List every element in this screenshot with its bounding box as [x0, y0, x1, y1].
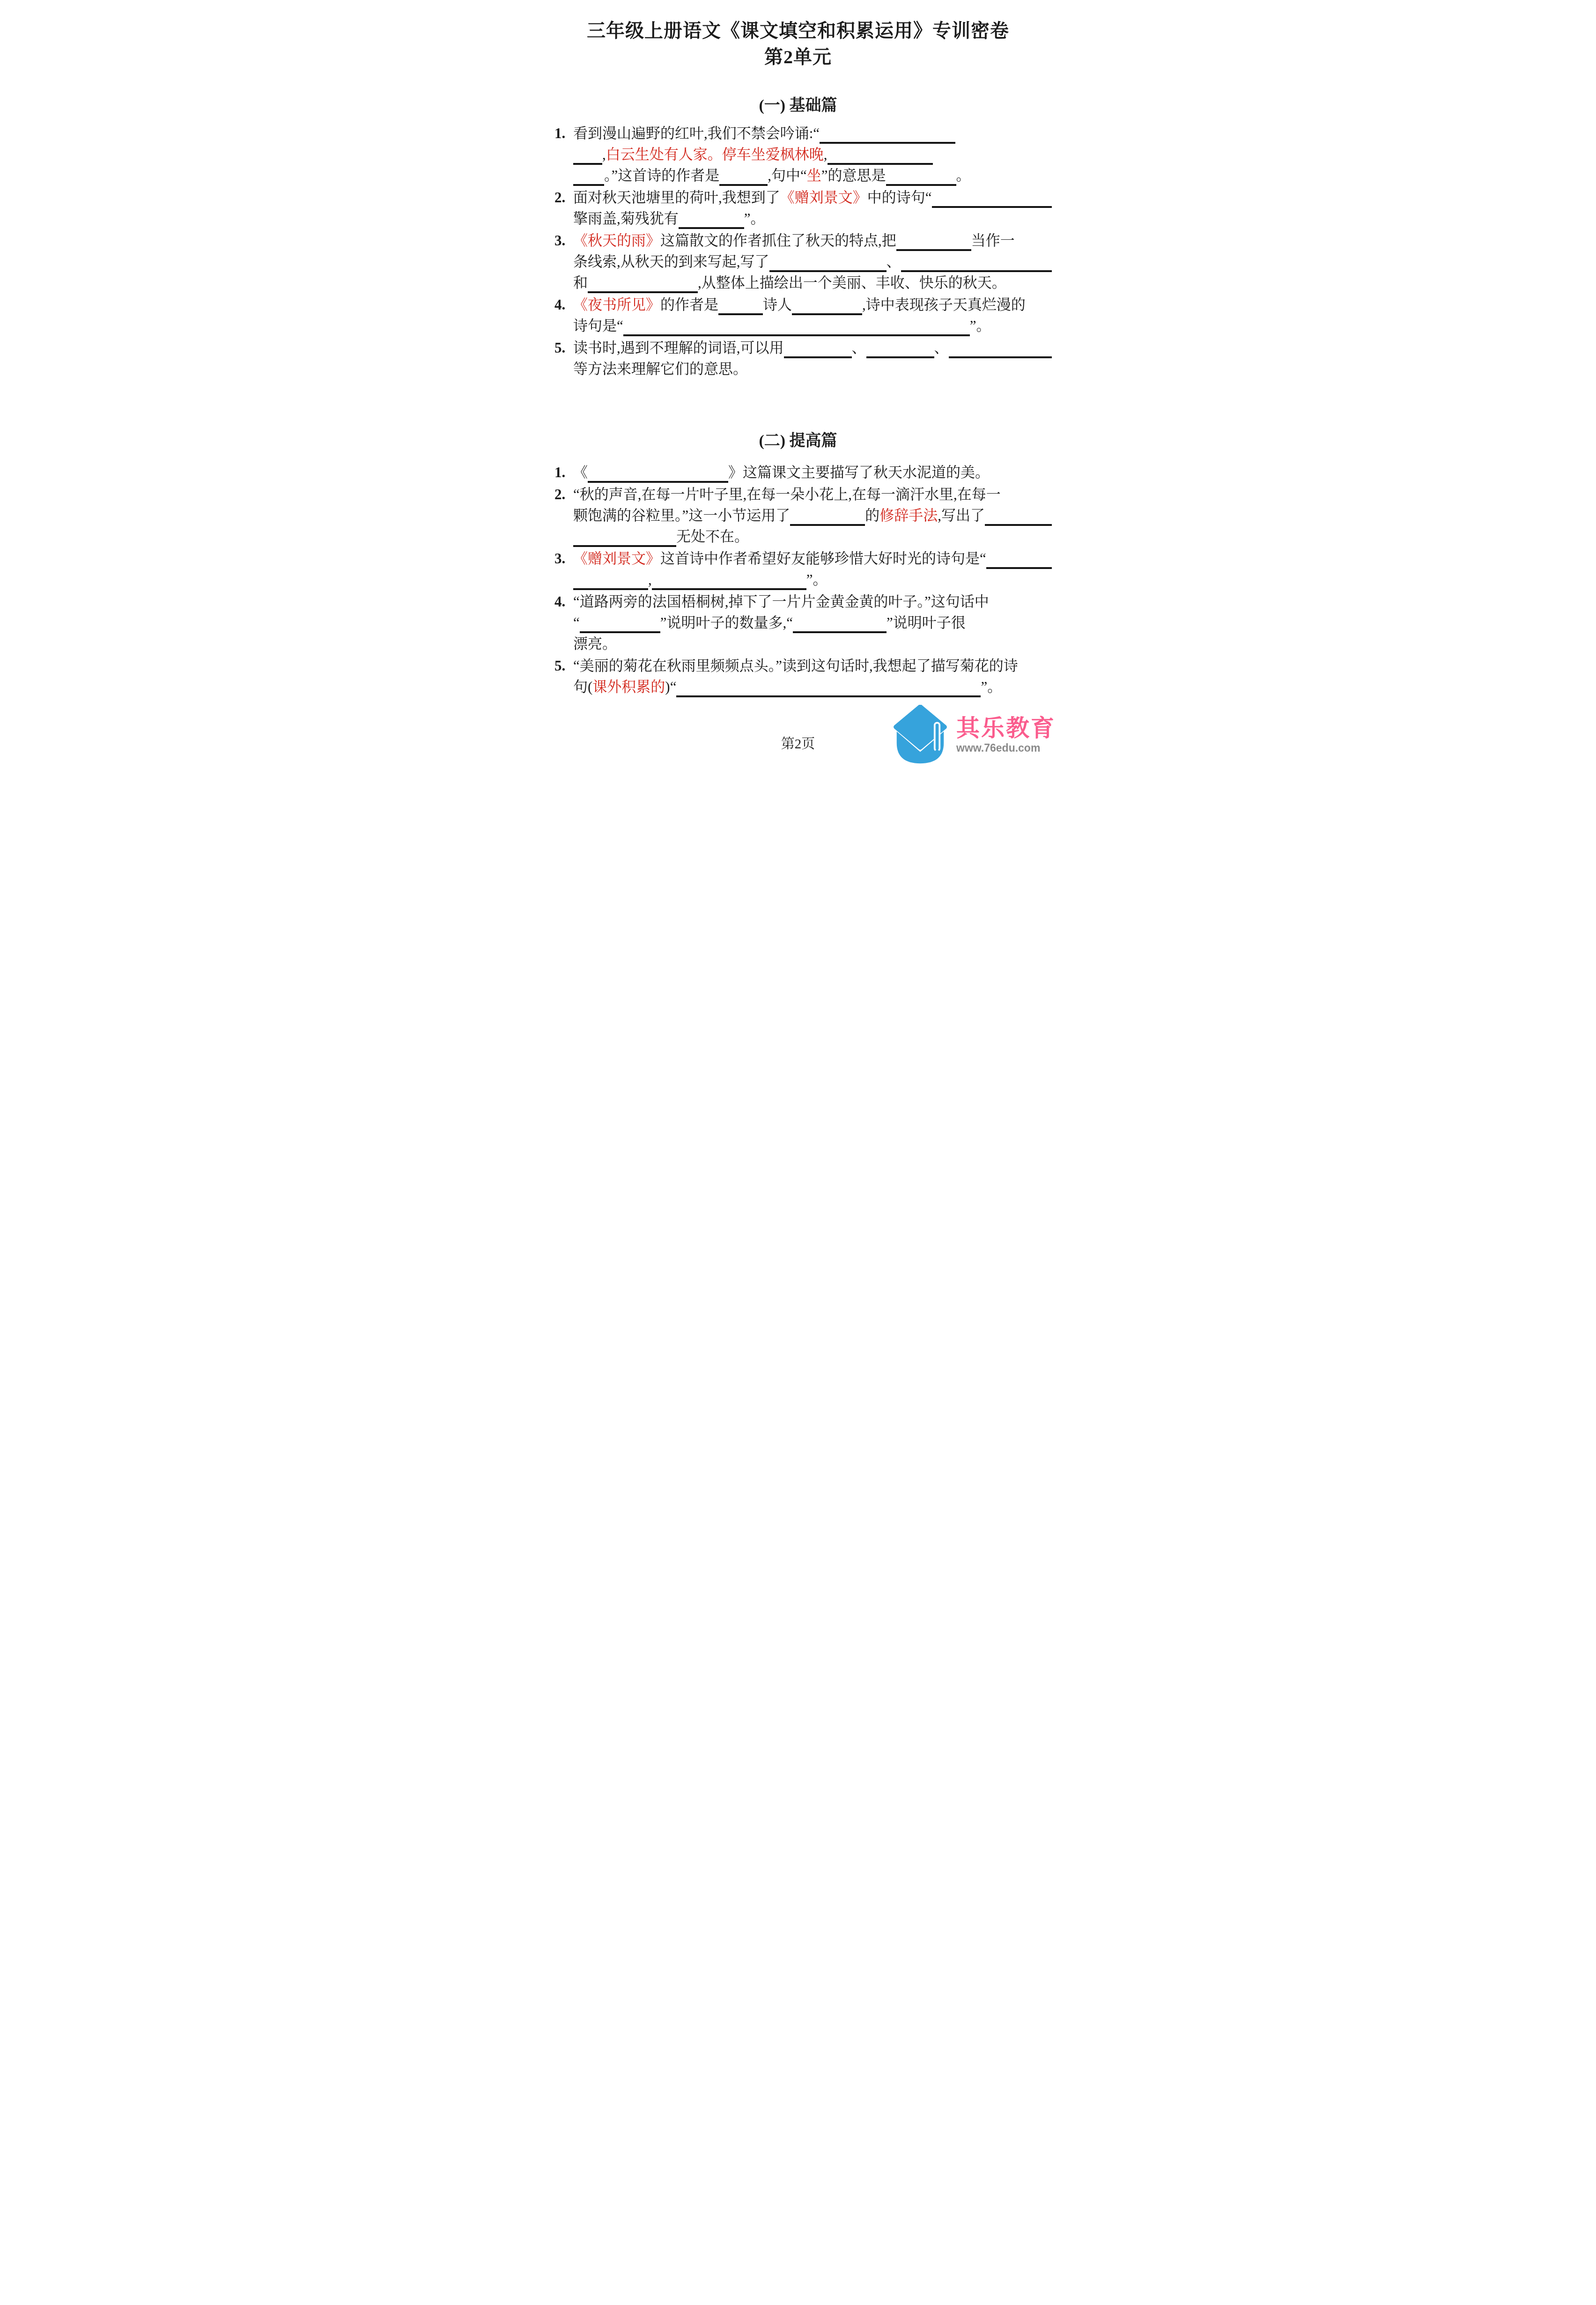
text-segment: 的作者是 [660, 294, 718, 315]
text-segment: 、 [887, 251, 901, 272]
question: 2.“秋的声音,在每一片叶子里,在每一朵小花上,在每一滴汗水里,在每一颗饱满的谷… [554, 484, 1052, 547]
text-segment: 颗饱满的谷粒里。”这一小节运用了 [573, 505, 790, 526]
text-segment: 的 [865, 505, 879, 526]
red-text-segment: 《赠刘景文》 [573, 548, 660, 569]
text-segment: “ [573, 612, 580, 633]
red-text-segment: 《赠刘景文》 [780, 187, 867, 208]
text-segment: )“ [665, 676, 676, 697]
text-segment: ”。 [981, 676, 1002, 697]
red-text-segment: 《秋天的雨》 [573, 230, 660, 251]
question-number: 5. [554, 337, 565, 358]
fill-in-blank [793, 615, 887, 633]
fill-in-blank [652, 572, 806, 590]
text-segment: 诗人 [763, 294, 792, 315]
question: 4.《夜书所见》的作者是诗人,诗中表现孩子天真烂漫的诗句是“”。 [554, 294, 1052, 336]
question-line: “”说明叶子的数量多,“”说明叶子很 [573, 612, 1052, 633]
fill-in-blank [573, 168, 604, 186]
question-number: 4. [554, 294, 565, 315]
text-segment: ,诗中表现孩子天真烂漫的 [862, 294, 1026, 315]
fill-in-blank [588, 465, 728, 483]
text-segment: ,写出了 [938, 505, 985, 526]
text-segment: 读书时,遇到不理解的词语,可以用 [573, 337, 784, 358]
fill-in-blank [986, 551, 1052, 569]
question-line: “道路两旁的法国梧桐树,掉下了一片片金黄金黄的叶子。”这句话中 [573, 591, 1052, 612]
text-segment: 当作一 [971, 230, 1015, 251]
question-line: 《夜书所见》的作者是诗人,诗中表现孩子天真烂漫的 [573, 294, 1052, 315]
question-number: 3. [554, 548, 565, 569]
fill-in-blank [866, 340, 934, 358]
brand-url: www.76edu.com [956, 742, 1040, 754]
question-line: 等方法来理解它们的意思。 [573, 358, 1052, 379]
fill-in-blank [580, 615, 660, 633]
text-segment: , [824, 144, 828, 165]
question-line: 看到漫山遍野的红叶,我们不禁会吟诵:“ [573, 123, 1052, 144]
text-segment: 。”这首诗的作者是 [604, 165, 719, 186]
question-line: 和,从整体上描绘出一个美丽、丰收、快乐的秋天。 [573, 272, 1052, 293]
text-segment: 诗句是“ [573, 315, 623, 336]
text-segment: ”。 [744, 208, 765, 229]
text-segment: ”说明叶子很 [887, 612, 966, 633]
question-number: 3. [554, 230, 565, 251]
text-segment: 这篇散文的作者抓住了秋天的特点,把 [660, 230, 896, 251]
fill-in-blank [886, 168, 956, 186]
question-line: 诗句是“”。 [573, 315, 1052, 336]
fill-in-blank [769, 254, 887, 272]
text-segment: 句( [573, 676, 592, 697]
fill-in-blank [573, 147, 602, 165]
question-number: 5. [554, 655, 565, 676]
text-segment: ”。 [970, 315, 991, 336]
fill-in-blank [588, 275, 698, 293]
red-text-segment: 坐 [807, 165, 821, 186]
fill-in-blank [896, 233, 971, 251]
question: 4.“道路两旁的法国梧桐树,掉下了一片片金黄金黄的叶子。”这句话中“”说明叶子的… [554, 591, 1052, 654]
question-line: 《秋天的雨》这篇散文的作者抓住了秋天的特点,把当作一 [573, 230, 1052, 251]
red-text-segment: 修辞手法 [879, 505, 938, 526]
text-segment: ,句中“ [768, 165, 807, 186]
fill-in-blank [573, 572, 648, 590]
brand-name: 其乐教育 [956, 716, 1056, 741]
fill-in-blank [792, 297, 862, 315]
fill-in-blank [573, 529, 676, 547]
question-line: 颗饱满的谷粒里。”这一小节运用了的修辞手法,写出了 [573, 505, 1052, 526]
question: 1.看到漫山遍野的红叶,我们不禁会吟诵:“,白云生处有人家。停车坐爱枫林晚,。”… [554, 123, 1052, 186]
text-segment: 等方法来理解它们的意思。 [573, 358, 747, 379]
section-advanced-questions: 1.《》这篇课文主要描写了秋天水泥道的美。2.“秋的声音,在每一片叶子里,在每一… [554, 462, 1052, 697]
fill-in-blank [719, 168, 768, 186]
page-subtitle-unit: 第2单元 [532, 44, 1064, 70]
text-segment: 和 [573, 272, 588, 293]
text-segment: 、 [934, 337, 949, 358]
text-segment: 》这篇课文主要描写了秋天水泥道的美。 [728, 462, 990, 483]
worksheet-page: 三年级上册语文《课文填空和积累运用》专训密卷 第2单元 (一) 基础篇 1.看到… [532, 0, 1064, 768]
fill-in-blank [679, 211, 744, 229]
section-heading-basic: (一) 基础篇 [532, 95, 1064, 117]
question-number: 1. [554, 123, 565, 144]
question: 1.《》这篇课文主要描写了秋天水泥道的美。 [554, 462, 1052, 483]
text-segment: 、 [852, 337, 866, 358]
question: 3.《秋天的雨》这篇散文的作者抓住了秋天的特点,把当作一条线索,从秋天的到来写起… [554, 230, 1052, 293]
fill-in-blank [901, 254, 1052, 272]
fill-in-blank [932, 190, 1052, 208]
text-segment: 。 [956, 165, 971, 186]
question-line: 漂亮。 [573, 633, 1052, 654]
question-number: 2. [554, 187, 565, 208]
text-segment: 《 [573, 462, 588, 483]
question-line: ,白云生处有人家。停车坐爱枫林晚, [573, 144, 1052, 165]
title-block: 三年级上册语文《课文填空和积累运用》专训密卷 第2单元 [532, 0, 1064, 70]
question-line: 读书时,遇到不理解的词语,可以用、、 [573, 337, 1052, 358]
text-segment: 擎雨盖,菊残犹有 [573, 208, 679, 229]
question-number: 1. [554, 462, 565, 483]
question: 3.《赠刘景文》这首诗中作者希望好友能够珍惜大好时光的诗句是“,”。 [554, 548, 1052, 590]
question-line: 。”这首诗的作者是,句中“坐”的意思是。 [573, 165, 1052, 186]
question-line: 无处不在。 [573, 526, 1052, 547]
text-segment: 面对秋天池塘里的荷叶,我想到了 [573, 187, 780, 208]
red-text-segment: 白云生处有人家。停车坐爱枫林晚 [606, 144, 824, 165]
question-number: 2. [554, 484, 565, 505]
question-line: 条线索,从秋天的到来写起,写了、 [573, 251, 1052, 272]
graduation-cap-icon [886, 705, 954, 765]
question: 2.面对秋天池塘里的荷叶,我想到了《赠刘景文》中的诗句“擎雨盖,菊残犹有”。 [554, 187, 1052, 229]
text-segment: 看到漫山遍野的红叶,我们不禁会吟诵:“ [573, 123, 820, 144]
question-line: “秋的声音,在每一片叶子里,在每一朵小花上,在每一滴汗水里,在每一 [573, 484, 1052, 505]
question: 5.读书时,遇到不理解的词语,可以用、、等方法来理解它们的意思。 [554, 337, 1052, 379]
brand-text: 其乐教育 www.76edu.com [956, 716, 1056, 754]
text-segment: 中的诗句“ [867, 187, 932, 208]
question-line: 《赠刘景文》这首诗中作者希望好友能够珍惜大好时光的诗句是“ [573, 548, 1052, 569]
question-line: “美丽的菊花在秋雨里频频点头。”读到这句话时,我想起了描写菊花的诗 [573, 655, 1052, 676]
text-segment: 无处不在。 [676, 526, 749, 547]
brand-logo: 其乐教育 www.76edu.com [886, 705, 1056, 765]
question: 5.“美丽的菊花在秋雨里频频点头。”读到这句话时,我想起了描写菊花的诗句(课外积… [554, 655, 1052, 697]
question-line: 面对秋天池塘里的荷叶,我想到了《赠刘景文》中的诗句“ [573, 187, 1052, 208]
page-title: 三年级上册语文《课文填空和积累运用》专训密卷 [532, 18, 1064, 44]
question-line: 《》这篇课文主要描写了秋天水泥道的美。 [573, 462, 1052, 483]
text-segment: ”说明叶子的数量多,“ [660, 612, 793, 633]
text-segment: 条线索,从秋天的到来写起,写了 [573, 251, 769, 272]
fill-in-blank [718, 297, 763, 315]
fill-in-blank [820, 126, 955, 144]
text-segment: 这首诗中作者希望好友能够珍惜大好时光的诗句是“ [660, 548, 986, 569]
red-text-segment: 《夜书所见》 [573, 294, 660, 315]
fill-in-blank [949, 340, 1052, 358]
fill-in-blank [676, 680, 981, 697]
fill-in-blank [784, 340, 852, 358]
text-segment: , [648, 569, 652, 590]
section-heading-advanced: (二) 提高篇 [532, 430, 1064, 452]
fill-in-blank [623, 318, 970, 336]
text-segment: ”的意思是 [821, 165, 886, 186]
fill-in-blank [790, 508, 865, 526]
question-number: 4. [554, 591, 565, 612]
fill-in-blank [985, 508, 1052, 526]
text-segment: 漂亮。 [573, 633, 617, 654]
section-basic-questions: 1.看到漫山遍野的红叶,我们不禁会吟诵:“,白云生处有人家。停车坐爱枫林晚,。”… [554, 123, 1052, 379]
text-segment: “秋的声音,在每一片叶子里,在每一朵小花上,在每一滴汗水里,在每一 [573, 484, 1001, 505]
text-segment: , [602, 144, 606, 165]
text-segment: ”。 [806, 569, 828, 590]
question-line: ,”。 [573, 569, 1052, 590]
red-text-segment: 课外积累的 [592, 676, 665, 697]
text-segment: ,从整体上描绘出一个美丽、丰收、快乐的秋天。 [698, 272, 1006, 293]
fill-in-blank [828, 147, 933, 165]
text-segment: “道路两旁的法国梧桐树,掉下了一片片金黄金黄的叶子。”这句话中 [573, 591, 989, 612]
text-segment: “美丽的菊花在秋雨里频频点头。”读到这句话时,我想起了描写菊花的诗 [573, 655, 1018, 676]
question-line: 擎雨盖,菊残犹有”。 [573, 208, 1052, 229]
question-line: 句(课外积累的)“”。 [573, 676, 1052, 697]
